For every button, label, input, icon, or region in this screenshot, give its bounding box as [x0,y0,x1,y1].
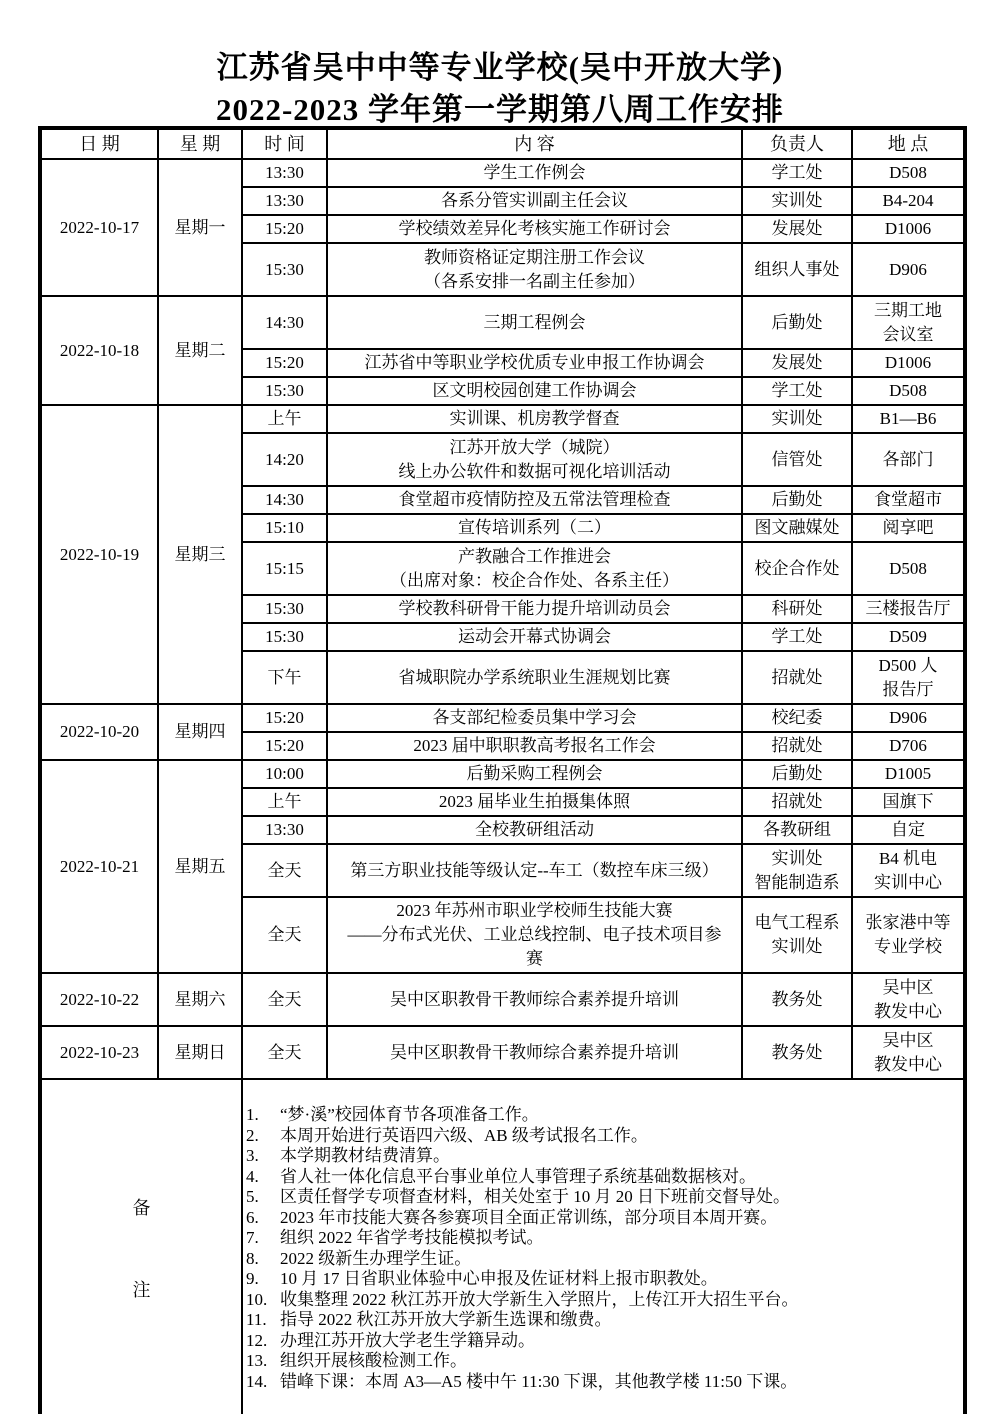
location-cell: 吴中区 教发中心 [852,1026,965,1079]
remark-item: 13.组织开展核酸检测工作。 [246,1351,960,1372]
header-time: 时 间 [242,128,327,159]
time-cell: 14:30 [242,296,327,349]
content-cell: 江苏省中等职业学校优质专业申报工作协调会 [327,349,742,377]
remark-item: 12.办理江苏开放大学老生学籍异动。 [246,1331,960,1352]
time-cell: 14:20 [242,433,327,486]
location-cell: D1006 [852,215,965,243]
remark-number: 2. [246,1126,280,1147]
location-cell: D508 [852,542,965,595]
remark-number: 9. [246,1269,280,1290]
remark-item: 5.区责任督学专项督查材料，相关处室于 10 月 20 日下班前交督导处。 [246,1187,960,1208]
remarks-label-char-1: 备 [133,1196,151,1220]
weekday-cell: 星期二 [158,296,242,405]
responsible-cell: 实训处 [742,405,852,433]
header-weekday: 星 期 [158,128,242,159]
content-cell: 江苏开放大学（城院） 线上办公软件和数据可视化培训活动 [327,433,742,486]
remark-item: 6.2023 年市技能大赛各参赛项目全面正常训练，部分项目本周开赛。 [246,1208,960,1229]
content-cell: 运动会开幕式协调会 [327,623,742,651]
remark-number: 14. [246,1372,280,1393]
location-cell: D706 [852,732,965,760]
remark-item: 4.省人社一体化信息平台事业单位人事管理子系统基础数据核对。 [246,1167,960,1188]
document-page: 江苏省吴中中等专业学校(吴中开放大学) 2022-2023 学年第一学期第八周工… [0,0,1000,1414]
remark-item: 11.指导 2022 秋江苏开放大学新生选课和缴费。 [246,1310,960,1331]
schedule-row: 2022-10-23星期日全天吴中区职教骨干教师综合素养提升培训教务处吴中区 教… [40,1026,965,1079]
content-cell: 学校绩效差异化考核实施工作研讨会 [327,215,742,243]
responsible-cell: 学工处 [742,377,852,405]
responsible-cell: 招就处 [742,732,852,760]
responsible-cell: 校企合作处 [742,542,852,595]
schedule-row: 2022-10-19星期三上午实训课、机房教学督查实训处B1—B6 [40,405,965,433]
responsible-cell: 教务处 [742,973,852,1026]
time-cell: 上午 [242,405,327,433]
time-cell: 全天 [242,844,327,897]
schedule-table: 日 期 星 期 时 间 内 容 负责人 地 点 2022-10-17星期一13:… [38,126,967,1414]
location-cell: D1006 [852,349,965,377]
responsible-cell: 组织人事处 [742,243,852,296]
schedule-footer: 备 注 1.“梦·溪”校园体育节各项准备工作。2.本周开始进行英语四六级、AB … [40,1079,965,1414]
remark-text: 2022 级新生办理学生证。 [280,1249,471,1270]
schedule-row: 2022-10-20星期四15:20各支部纪检委员集中学习会校纪委D906 [40,704,965,732]
responsible-cell: 各教研组 [742,816,852,844]
content-cell: 三期工程例会 [327,296,742,349]
responsible-cell: 招就处 [742,651,852,704]
location-cell: B1—B6 [852,405,965,433]
schedule-row: 2022-10-17星期一13:30学生工作例会学工处D508 [40,159,965,187]
remark-text: 10 月 17 日省职业体验中心申报及佐证材料上报市职教处。 [280,1269,718,1290]
responsible-cell: 招就处 [742,788,852,816]
remark-item: 8.2022 级新生办理学生证。 [246,1249,960,1270]
location-cell: 阅享吧 [852,514,965,542]
location-cell: D509 [852,623,965,651]
responsible-cell: 发展处 [742,349,852,377]
content-cell: 学生工作例会 [327,159,742,187]
remark-number: 4. [246,1167,280,1188]
content-cell: 食堂超市疫情防控及五常法管理检查 [327,486,742,514]
remark-number: 8. [246,1249,280,1270]
responsible-cell: 电气工程系 实训处 [742,897,852,973]
header-row: 日 期 星 期 时 间 内 容 负责人 地 点 [40,128,965,159]
time-cell: 15:20 [242,732,327,760]
time-cell: 14:30 [242,486,327,514]
remark-item: 14.错峰下课：本周 A3—A5 楼中午 11:30 下课，其他教学楼 11:5… [246,1372,960,1393]
remark-text: 组织开展核酸检测工作。 [280,1351,467,1372]
responsible-cell: 后勤处 [742,486,852,514]
content-cell: 教师资格证定期注册工作会议 （各系安排一名副主任参加） [327,243,742,296]
weekday-cell: 星期一 [158,159,242,296]
date-cell: 2022-10-18 [40,296,158,405]
remark-item: 2.本周开始进行英语四六级、AB 级考试报名工作。 [246,1126,960,1147]
location-cell: 三楼报告厅 [852,595,965,623]
remark-text: 组织 2022 年省学考技能模拟考试。 [280,1228,544,1249]
content-cell: 省城职院办学系统职业生涯规划比赛 [327,651,742,704]
content-cell: 各系分管实训副主任会议 [327,187,742,215]
remark-item: 3.本学期教材结费清算。 [246,1146,960,1167]
header-content: 内 容 [327,128,742,159]
date-cell: 2022-10-20 [40,704,158,760]
remark-number: 10. [246,1290,280,1311]
remark-text: 办理江苏开放大学老生学籍异动。 [280,1331,535,1352]
responsible-cell: 实训处 [742,187,852,215]
remark-text: 错峰下课：本周 A3—A5 楼中午 11:30 下课，其他教学楼 11:50 下… [280,1372,797,1393]
time-cell: 全天 [242,897,327,973]
remarks-label-char-2: 注 [133,1278,151,1302]
content-cell: 吴中区职教骨干教师综合素养提升培训 [327,973,742,1026]
remarks-row: 备 注 1.“梦·溪”校园体育节各项准备工作。2.本周开始进行英语四六级、AB … [40,1079,965,1414]
content-cell: 2023 年苏州市职业学校师生技能大赛 ——分布式光伏、工业总线控制、电子技术项… [327,897,742,973]
remark-item: 9.10 月 17 日省职业体验中心申报及佐证材料上报市职教处。 [246,1269,960,1290]
location-cell: D906 [852,704,965,732]
time-cell: 15:20 [242,349,327,377]
remark-number: 6. [246,1208,280,1229]
schedule-row: 2022-10-21星期五10:00后勤采购工程例会后勤处D1005 [40,760,965,788]
time-cell: 15:30 [242,623,327,651]
weekday-cell: 星期日 [158,1026,242,1079]
remarks-label-cell: 备 注 [40,1079,242,1414]
responsible-cell: 学工处 [742,159,852,187]
header-date: 日 期 [40,128,158,159]
weekday-cell: 星期六 [158,973,242,1026]
time-cell: 下午 [242,651,327,704]
time-cell: 全天 [242,973,327,1026]
schedule-header: 日 期 星 期 时 间 内 容 负责人 地 点 [40,128,965,159]
remark-number: 7. [246,1228,280,1249]
responsible-cell: 学工处 [742,623,852,651]
time-cell: 15:20 [242,704,327,732]
schedule-row: 2022-10-18星期二14:30三期工程例会后勤处三期工地 会议室 [40,296,965,349]
location-cell: 各部门 [852,433,965,486]
responsible-cell: 科研处 [742,595,852,623]
time-cell: 全天 [242,1026,327,1079]
time-cell: 13:30 [242,816,327,844]
date-cell: 2022-10-23 [40,1026,158,1079]
remark-item: 10.收集整理 2022 秋江苏开放大学新生入学照片，上传江开大招生平台。 [246,1290,960,1311]
page-title: 江苏省吴中中等专业学校(吴中开放大学) [0,42,1000,87]
remarks-list: 1.“梦·溪”校园体育节各项准备工作。2.本周开始进行英语四六级、AB 级考试报… [246,1105,960,1392]
responsible-cell: 校纪委 [742,704,852,732]
responsible-cell: 后勤处 [742,760,852,788]
location-cell: 自定 [852,816,965,844]
time-cell: 13:30 [242,159,327,187]
location-cell: D500 人 报告厅 [852,651,965,704]
content-cell: 2023 届中职职教高考报名工作会 [327,732,742,760]
time-cell: 10:00 [242,760,327,788]
content-cell: 吴中区职教骨干教师综合素养提升培训 [327,1026,742,1079]
remark-text: 收集整理 2022 秋江苏开放大学新生入学照片，上传江开大招生平台。 [280,1290,799,1311]
location-cell: D1005 [852,760,965,788]
remark-text: 本学期教材结费清算。 [280,1146,450,1167]
page-subtitle: 2022-2023 学年第一学期第八周工作安排 [0,84,1000,129]
time-cell: 15:10 [242,514,327,542]
schedule-body: 2022-10-17星期一13:30学生工作例会学工处D50813:30各系分管… [40,159,965,1079]
date-cell: 2022-10-19 [40,405,158,704]
remark-text: 指导 2022 秋江苏开放大学新生选课和缴费。 [280,1310,612,1331]
date-cell: 2022-10-22 [40,973,158,1026]
content-cell: 宣传培训系列（二） [327,514,742,542]
remark-number: 12. [246,1331,280,1352]
header-location: 地 点 [852,128,965,159]
location-cell: 三期工地 会议室 [852,296,965,349]
remark-number: 1. [246,1105,280,1126]
location-cell: D508 [852,159,965,187]
time-cell: 15:30 [242,377,327,405]
header-responsible: 负责人 [742,128,852,159]
remark-item: 7.组织 2022 年省学考技能模拟考试。 [246,1228,960,1249]
location-cell: 食堂超市 [852,486,965,514]
location-cell: D906 [852,243,965,296]
content-cell: 学校教科研骨干能力提升培训动员会 [327,595,742,623]
remarks-cell: 1.“梦·溪”校园体育节各项准备工作。2.本周开始进行英语四六级、AB 级考试报… [242,1079,965,1414]
responsible-cell: 信管处 [742,433,852,486]
content-cell: 2023 届毕业生拍摄集体照 [327,788,742,816]
remark-number: 5. [246,1187,280,1208]
time-cell: 15:30 [242,595,327,623]
remarks-label: 备 注 [45,1196,238,1302]
time-cell: 13:30 [242,187,327,215]
content-cell: 实训课、机房教学督查 [327,405,742,433]
responsible-cell: 后勤处 [742,296,852,349]
responsible-cell: 发展处 [742,215,852,243]
weekday-cell: 星期五 [158,760,242,973]
remark-text: 本周开始进行英语四六级、AB 级考试报名工作。 [280,1126,648,1147]
content-cell: 后勤采购工程例会 [327,760,742,788]
weekday-cell: 星期四 [158,704,242,760]
time-cell: 15:30 [242,243,327,296]
remark-number: 11. [246,1310,280,1331]
location-cell: B4-204 [852,187,965,215]
time-cell: 15:15 [242,542,327,595]
remark-item: 1.“梦·溪”校园体育节各项准备工作。 [246,1105,960,1126]
responsible-cell: 图文融媒处 [742,514,852,542]
time-cell: 上午 [242,788,327,816]
remark-number: 3. [246,1146,280,1167]
remark-text: 省人社一体化信息平台事业单位人事管理子系统基础数据核对。 [280,1167,756,1188]
location-cell: 张家港中等 专业学校 [852,897,965,973]
content-cell: 区文明校园创建工作协调会 [327,377,742,405]
date-cell: 2022-10-17 [40,159,158,296]
location-cell: D508 [852,377,965,405]
schedule-row: 2022-10-22星期六全天吴中区职教骨干教师综合素养提升培训教务处吴中区 教… [40,973,965,1026]
remark-number: 13. [246,1351,280,1372]
responsible-cell: 教务处 [742,1026,852,1079]
remark-text: “梦·溪”校园体育节各项准备工作。 [280,1105,539,1126]
remark-text: 区责任督学专项督查材料，相关处室于 10 月 20 日下班前交督导处。 [280,1187,790,1208]
responsible-cell: 实训处 智能制造系 [742,844,852,897]
location-cell: 吴中区 教发中心 [852,973,965,1026]
content-cell: 全校教研组活动 [327,816,742,844]
content-cell: 产教融合工作推进会 （出席对象：校企合作处、各系主任） [327,542,742,595]
weekday-cell: 星期三 [158,405,242,704]
location-cell: 国旗下 [852,788,965,816]
time-cell: 15:20 [242,215,327,243]
content-cell: 第三方职业技能等级认定--车工（数控车床三级） [327,844,742,897]
location-cell: B4 机电 实训中心 [852,844,965,897]
content-cell: 各支部纪检委员集中学习会 [327,704,742,732]
date-cell: 2022-10-21 [40,760,158,973]
remark-text: 2023 年市技能大赛各参赛项目全面正常训练，部分项目本周开赛。 [280,1208,777,1229]
